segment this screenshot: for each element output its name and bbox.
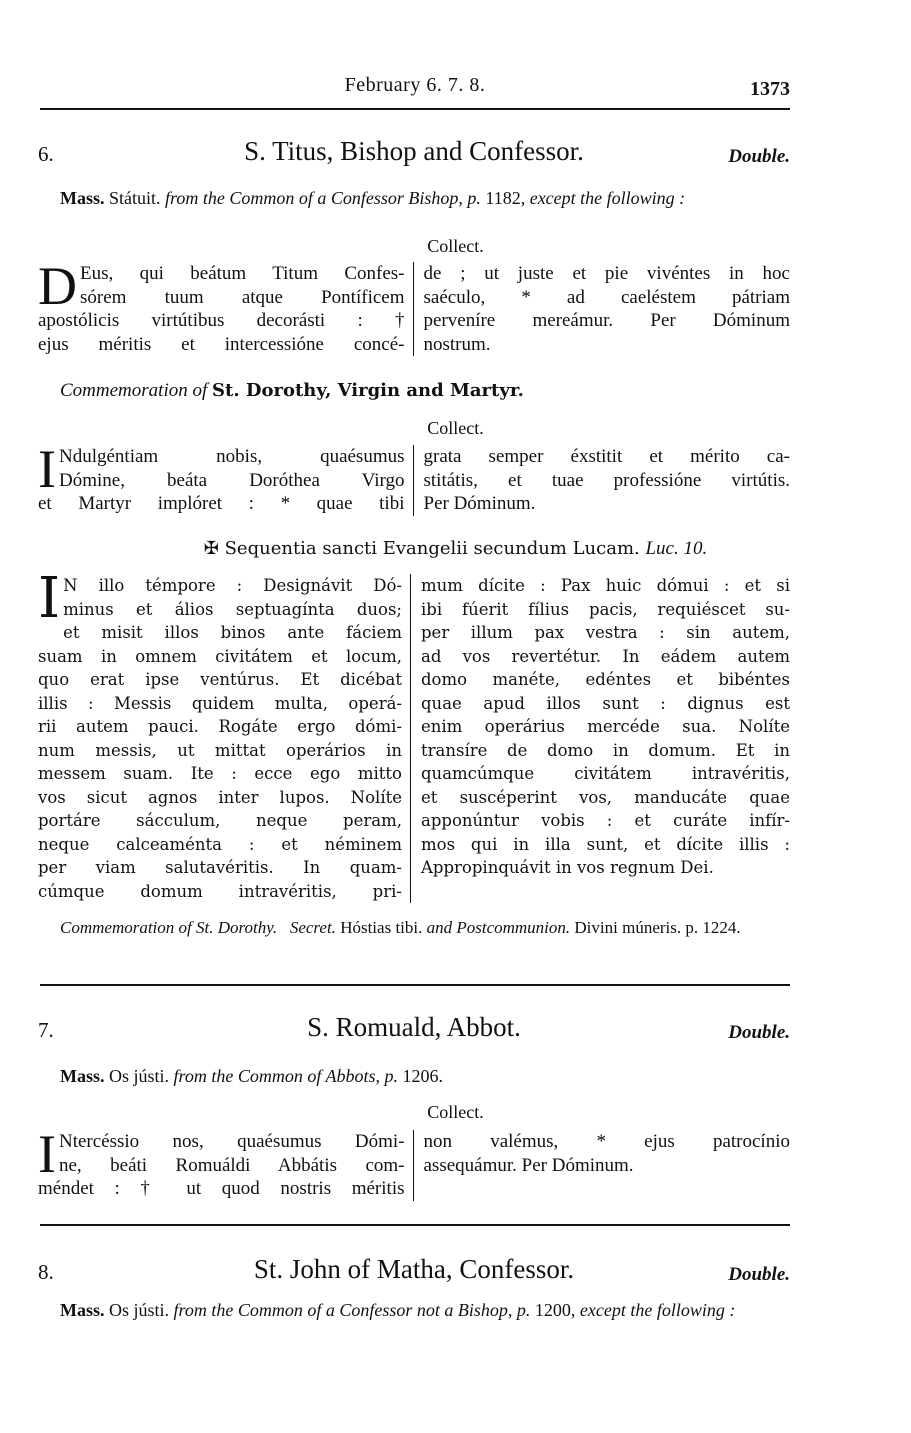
commemoration-closing: Commemoration of St. Dorothy. Secret. Hó…	[38, 918, 790, 938]
text-line: saéculo, * ad caeléstem pátriam	[424, 286, 791, 310]
text-line: per viam salutavéritis. In quam-	[38, 856, 402, 880]
text-line: minus et álios septuagínta duos;	[38, 598, 402, 622]
mass-page: 1182,	[485, 188, 525, 208]
text-line: ad vos revertétur. In eádem autem	[421, 645, 790, 669]
mass-introit: Os jústi.	[109, 1300, 169, 1320]
text-line: méndet : † ut quod nostris méritis	[38, 1177, 405, 1201]
gospel-text: I N illo témpore : Designávit Dó- minus …	[38, 574, 790, 903]
text-line: perveníre mereámur. Per Dóminum	[424, 309, 791, 333]
text-line: messem suam. Ite : ecce ego mitto	[38, 762, 402, 786]
page-ref: p. 1224.	[685, 918, 740, 937]
collect-right-column: non valémus, * ejus patrocínio assequámu…	[413, 1130, 791, 1201]
closing-commem: Commemoration of St. Dorothy.	[60, 918, 277, 937]
feast-heading-7: 7. S. Romuald, Abbot. Double.	[38, 1012, 790, 1046]
text-line: stitátis, et tuae professióne virtútis.	[424, 469, 791, 493]
text-line: illis : Messis quidem multa, operá-	[38, 692, 402, 716]
text-line: neque calceaménta : et néminem	[38, 833, 402, 857]
commemoration-prefix: Commemoration of	[60, 380, 207, 401]
mass-page: 1206.	[403, 1066, 444, 1086]
collect-left-column: D Eus, qui beátum Titum Confes- sórem tu…	[38, 262, 413, 356]
text-line: per illum pax vestra : sin autem,	[421, 621, 790, 645]
collect-titus: D Eus, qui beátum Titum Confes- sórem tu…	[38, 262, 790, 356]
secret-incipit: Hóstias tibi.	[340, 918, 422, 937]
commemoration-heading: Commemoration of St. Dorothy, Virgin and…	[60, 380, 524, 402]
text-line: quae apud illos sunt : dignus est	[421, 692, 790, 716]
text-line: Per Dóminum.	[424, 492, 791, 516]
mass-introit: Os jústi.	[109, 1066, 169, 1086]
text-line: et Martyr implóret : * quae tibi	[38, 492, 405, 516]
text-line: et suscéperint vos, manducáte quae	[421, 786, 790, 810]
text-line: quamcúmque civitátem intravéritis,	[421, 762, 790, 786]
collect-left-column: I Ndulgéntiam nobis, quaésumus Dómine, b…	[38, 445, 413, 516]
dropcap: I	[38, 447, 56, 491]
collect-label: Collect.	[0, 1102, 911, 1123]
dropcap: I	[38, 1132, 56, 1176]
feast-rank: Double.	[728, 1022, 790, 1044]
mass-label: Mass.	[60, 1066, 105, 1086]
text-line: grata semper éxstitit et mérito ca-	[424, 445, 791, 469]
mass-label: Mass.	[60, 188, 105, 208]
running-head-title: February 6. 7. 8.	[40, 74, 790, 97]
mass-line-7: Mass. Os jústi. from the Common of Abbot…	[38, 1066, 790, 1087]
commemoration-saint: St. Dorothy, Virgin and Martyr.	[212, 380, 524, 401]
gospel-title: ✠ Sequentia sancti Evangelii secundum Lu…	[0, 538, 911, 560]
collect-right-column: grata semper éxstitit et mérito ca- stit…	[413, 445, 791, 516]
mass-page: 1200,	[535, 1300, 576, 1320]
cross-icon: ✠	[204, 538, 219, 559]
text-line: mum dícite : Pax huic dómui : et si	[421, 574, 790, 598]
gospel-reference: Luc. 10.	[645, 538, 707, 559]
text-line: N illo témpore : Designávit Dó-	[38, 574, 402, 598]
text-line: non valémus, * ejus patrocínio	[424, 1130, 791, 1154]
postcommunion-incipit: Divini múneris.	[574, 918, 681, 937]
gospel-right-column: mum dícite : Pax huic dómui : et si ibi …	[410, 574, 790, 903]
text-line: de ; ut juste et pie vivéntes in hoc	[424, 262, 791, 286]
running-head: February 6. 7. 8. 1373	[40, 74, 790, 104]
text-line: et misit illos binos ante fáciem	[38, 621, 402, 645]
text-line: transíre de domo in domum. Et in	[421, 739, 790, 763]
text-line: Ndulgéntiam nobis, quaésumus	[38, 445, 405, 469]
and-postcommunion: and Postcommunion.	[427, 918, 571, 937]
gospel-left-column: I N illo témpore : Designávit Dó- minus …	[38, 574, 410, 903]
text-line: ejus méritis et intercessióne concé-	[38, 333, 405, 357]
collect-left-column: I Ntercéssio nos, quaésumus Dómi- ne, be…	[38, 1130, 413, 1201]
text-line: cúmque domum intravéritis, pri-	[38, 880, 402, 904]
feast-name: St. John of Matha, Confessor.	[38, 1254, 790, 1285]
feast-rank: Double.	[728, 146, 790, 168]
secret-label: Secret.	[290, 918, 336, 937]
collect-label: Collect.	[0, 236, 911, 257]
text-line: Appropinquávit in vos regnum Dei.	[421, 856, 790, 880]
collect-right-column: de ; ut juste et pie vivéntes in hoc saé…	[413, 262, 791, 356]
text-line: num messis, ut mittat operários in	[38, 739, 402, 763]
mass-source: from the Common of a Confessor not a Bis…	[174, 1300, 531, 1320]
feast-rank: Double.	[728, 1264, 790, 1286]
section-rule	[40, 984, 790, 986]
text-line: domo manéte, edéntes et bibéntes	[421, 668, 790, 692]
text-line: ne, beáti Romuáldi Abbátis com-	[38, 1154, 405, 1178]
text-line: assequámur. Per Dóminum.	[424, 1154, 791, 1178]
text-line: suam in omnem civitátem et locum,	[38, 645, 402, 669]
text-line: enim operárius mercéde sua. Nolíte	[421, 715, 790, 739]
text-line: quo erat ipse ventúrus. Et dicébat	[38, 668, 402, 692]
collect-dorothy: I Ndulgéntiam nobis, quaésumus Dómine, b…	[38, 445, 790, 516]
text-line: mos qui in illa sunt, et dícite illis :	[421, 833, 790, 857]
text-line: portáre sácculum, neque peram,	[38, 809, 402, 833]
mass-introit: Státuit.	[109, 188, 161, 208]
text-line: apostólicis virtútibus decorásti : †	[38, 309, 405, 333]
text-line	[424, 1177, 791, 1201]
collect-romuald: I Ntercéssio nos, quaésumus Dómi- ne, be…	[38, 1130, 790, 1201]
text-line: nostrum.	[424, 333, 791, 357]
feast-heading-6: 6. S. Titus, Bishop and Confessor. Doubl…	[38, 136, 790, 170]
mass-line-8: Mass. Os jústi. from the Common of a Con…	[38, 1300, 790, 1321]
mass-source: from the Common of a Confessor Bishop, p…	[165, 188, 481, 208]
feast-heading-8: 8. St. John of Matha, Confessor. Double.	[38, 1254, 790, 1288]
text-line: rii autem pauci. Rogáte ergo dómi-	[38, 715, 402, 739]
mass-source: from the Common of Abbots, p.	[174, 1066, 399, 1086]
mass-tail: except the following :	[580, 1300, 735, 1320]
gospel-heading: Sequentia sancti Evangelii secundum Luca…	[225, 538, 640, 559]
feast-name: S. Titus, Bishop and Confessor.	[38, 136, 790, 167]
text-line: Dómine, beáta Doróthea Virgo	[38, 469, 405, 493]
text-line: Ntercéssio nos, quaésumus Dómi-	[38, 1130, 405, 1154]
section-rule	[40, 1224, 790, 1226]
text-line: sórem tuum atque Pontíficem	[38, 286, 405, 310]
mass-label: Mass.	[60, 1300, 105, 1320]
dropcap: I	[38, 576, 60, 622]
collect-label: Collect.	[0, 418, 911, 439]
text-line: vos sicut agnos inter lupos. Nolíte	[38, 786, 402, 810]
text-line: Eus, qui beátum Titum Confes-	[38, 262, 405, 286]
header-rule	[40, 108, 790, 110]
text-line: ibi fúerit fílius pacis, requiéscet su-	[421, 598, 790, 622]
mass-tail: except the following :	[530, 188, 685, 208]
dropcap: D	[38, 264, 77, 308]
mass-line-6: Mass. Státuit. from the Common of a Conf…	[38, 188, 790, 209]
text-line: apponúntur vobis : et curáte infír-	[421, 809, 790, 833]
feast-name: S. Romuald, Abbot.	[38, 1012, 790, 1043]
page-number: 1373	[750, 78, 790, 101]
